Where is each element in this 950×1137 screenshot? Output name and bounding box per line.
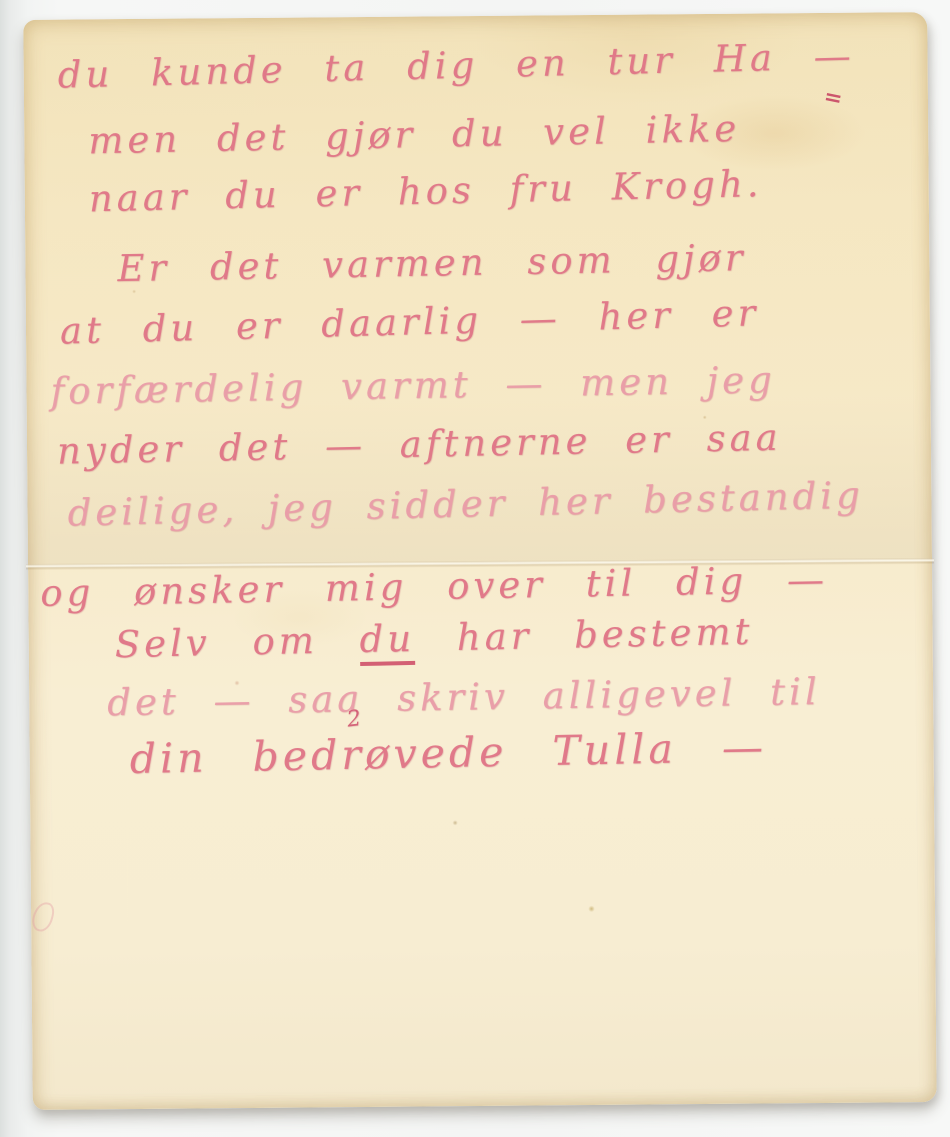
handwriting-line-2: men det gjør du vel ikke bbox=[88, 107, 741, 163]
handwriting-line-4: Er det varmen som gjør bbox=[117, 236, 747, 290]
insertion-mark: 2 bbox=[346, 706, 363, 733]
letter-paper: = du kunde ta dig en tur Ha — men det gj… bbox=[23, 12, 936, 1110]
handwriting-line-12: 2 din bedrøvede Tulla — bbox=[129, 723, 767, 783]
handwriting-line-6: forfærdelig varmt — men jeg bbox=[50, 358, 776, 412]
handwriting-line-1: du kunde ta dig en tur Ha — bbox=[57, 34, 855, 96]
handwriting-line-5: at du er daarlig — her er bbox=[59, 291, 759, 352]
handwriting-line-10: Selv om du har bestemt bbox=[114, 610, 754, 666]
handwriting-line-8: deilige, jeg sidder her bestandig bbox=[67, 474, 864, 535]
handwriting-line-11: det — saa skriv alligevel til bbox=[107, 670, 821, 724]
underlined-word: du bbox=[359, 617, 416, 666]
line-break-hyphen-mark: = bbox=[822, 83, 845, 112]
ink-smudge bbox=[30, 900, 56, 934]
handwriting-line-3: naar du er hos fru Krogh. bbox=[88, 162, 763, 220]
scanned-letter-page: = du kunde ta dig en tur Ha — men det gj… bbox=[0, 0, 950, 1137]
handwriting-line-7: nyder det — aftnerne er saa bbox=[57, 416, 782, 473]
